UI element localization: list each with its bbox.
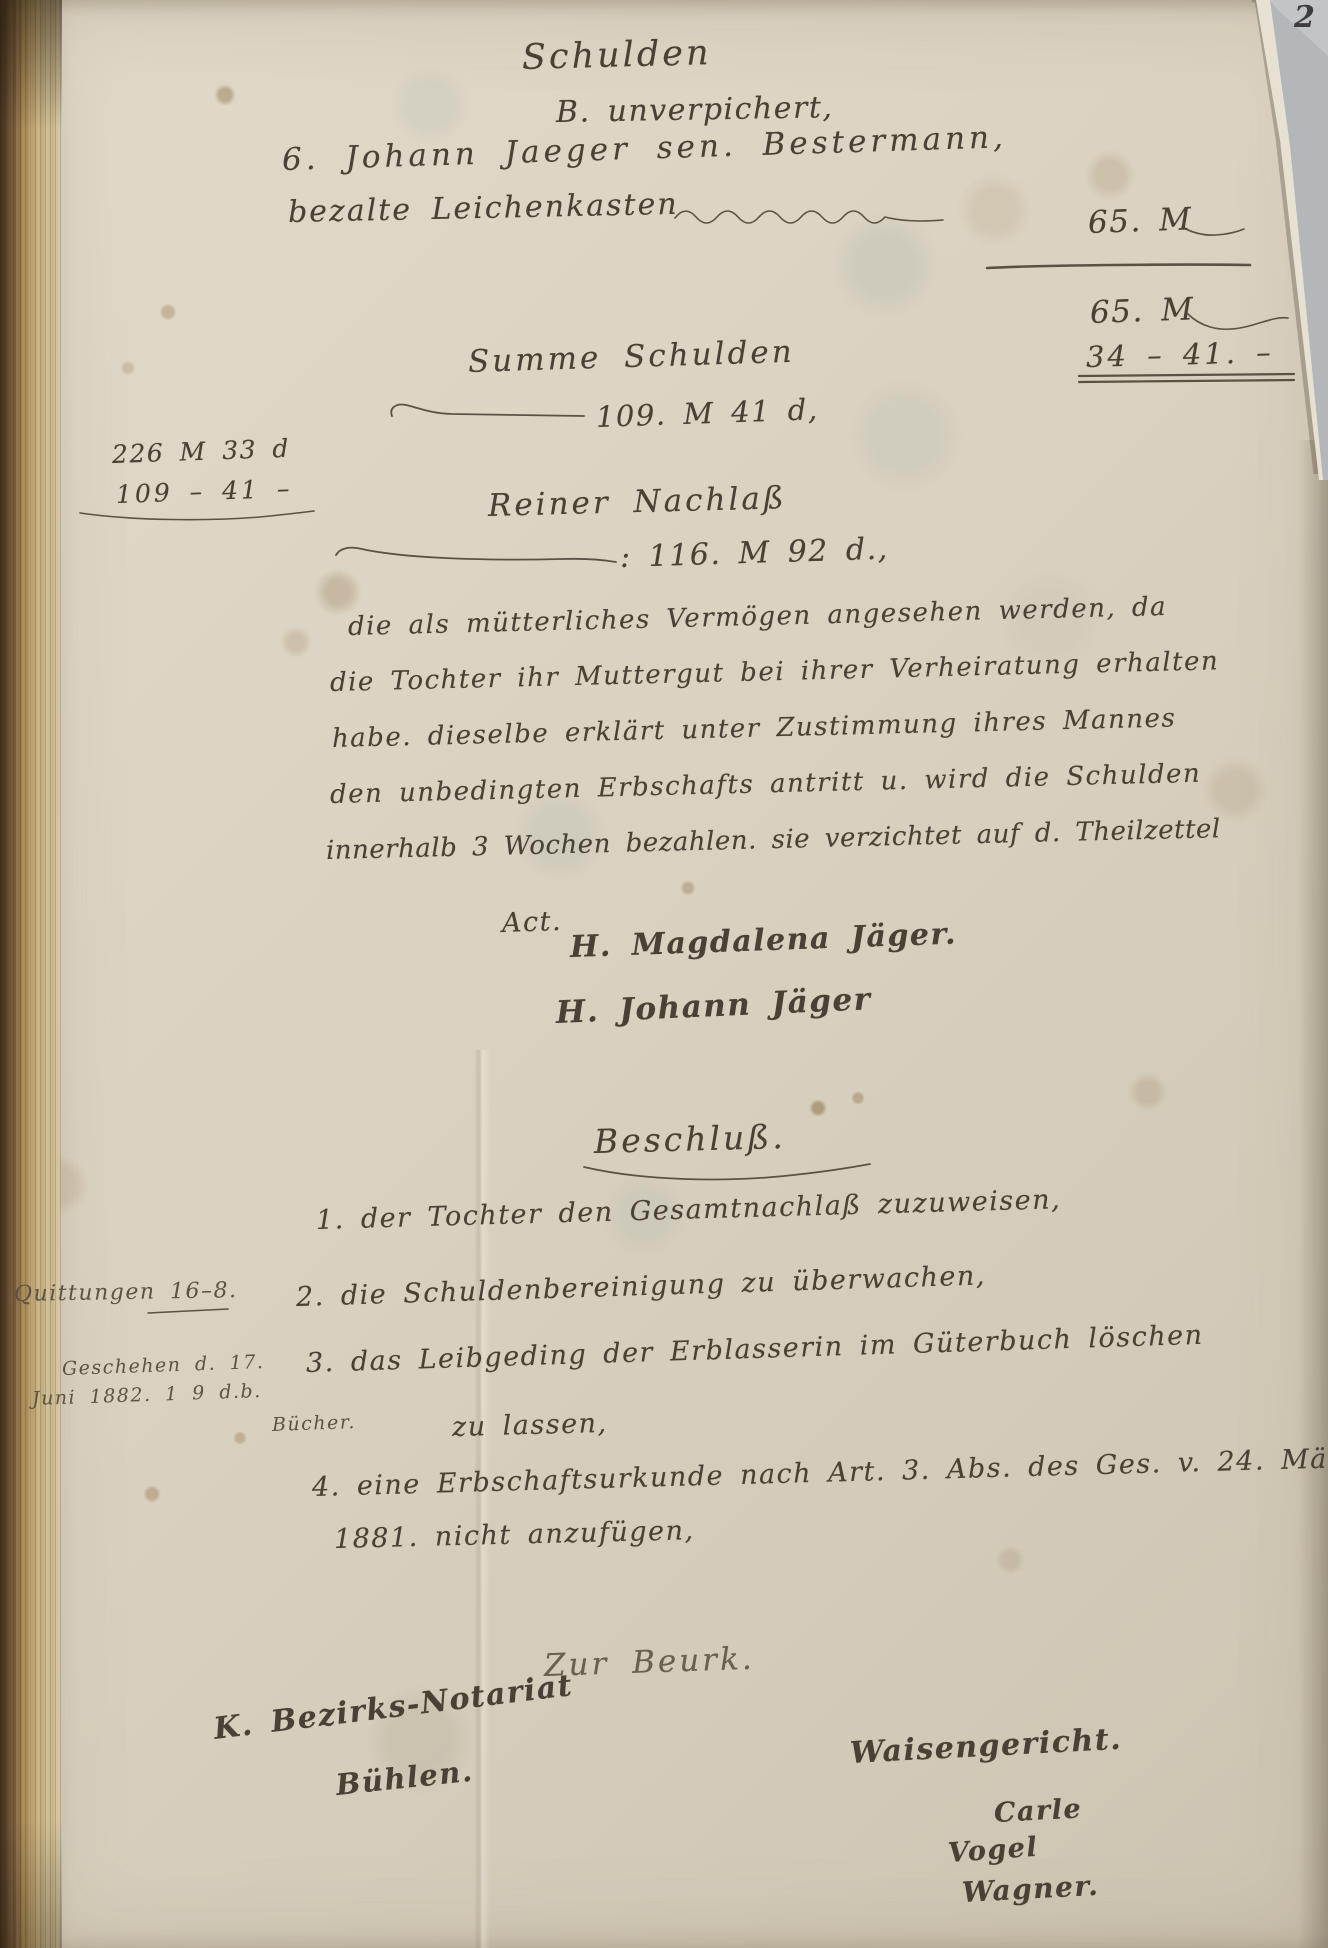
flourish-before-nachlass xyxy=(332,546,622,568)
amount-65m-carry: 65. M xyxy=(1089,291,1195,331)
page-corner-desk xyxy=(1224,0,1328,480)
quittungen-underline xyxy=(146,1306,232,1318)
signature-witness-carle: Carle xyxy=(993,1793,1083,1829)
amount-65m-first: 65. M xyxy=(1087,201,1193,241)
signature-witness-vogel: Vogel xyxy=(947,1832,1039,1869)
fold-crease xyxy=(474,1050,490,1948)
section-title-schulden: Schulden xyxy=(521,33,711,78)
margin-note-geschehen-3: Bücher. xyxy=(272,1411,357,1436)
flourish-before-sum xyxy=(386,400,591,426)
section-subtitle: B. unverpichert, xyxy=(556,90,834,130)
margin-note-quittungen: Quittungen 16–8. xyxy=(14,1278,238,1307)
scanned-document-photo: Schulden B. unverpichert, 6. Johann Jaeg… xyxy=(0,0,1328,1948)
margin-diff-109-41: 109 – 41 – xyxy=(115,474,292,509)
page-edge-shadow xyxy=(1298,440,1328,1948)
act-abbrev: Act. xyxy=(501,906,562,939)
flourish-wavy-line xyxy=(672,204,982,230)
margin-underline xyxy=(78,508,316,522)
margin-total-226: 226 M 33 d xyxy=(111,434,290,469)
beschluss-heading: Beschluß. xyxy=(593,1117,786,1161)
zur-beurk-line: Zur Beurk. xyxy=(543,1641,755,1684)
sum-rule-line xyxy=(984,258,1254,274)
beschluss-item-3-cont: zu lassen, xyxy=(452,1408,608,1443)
book-binding xyxy=(0,0,62,1948)
beschluss-underline xyxy=(580,1162,875,1182)
page-number: 2 xyxy=(1294,0,1315,35)
